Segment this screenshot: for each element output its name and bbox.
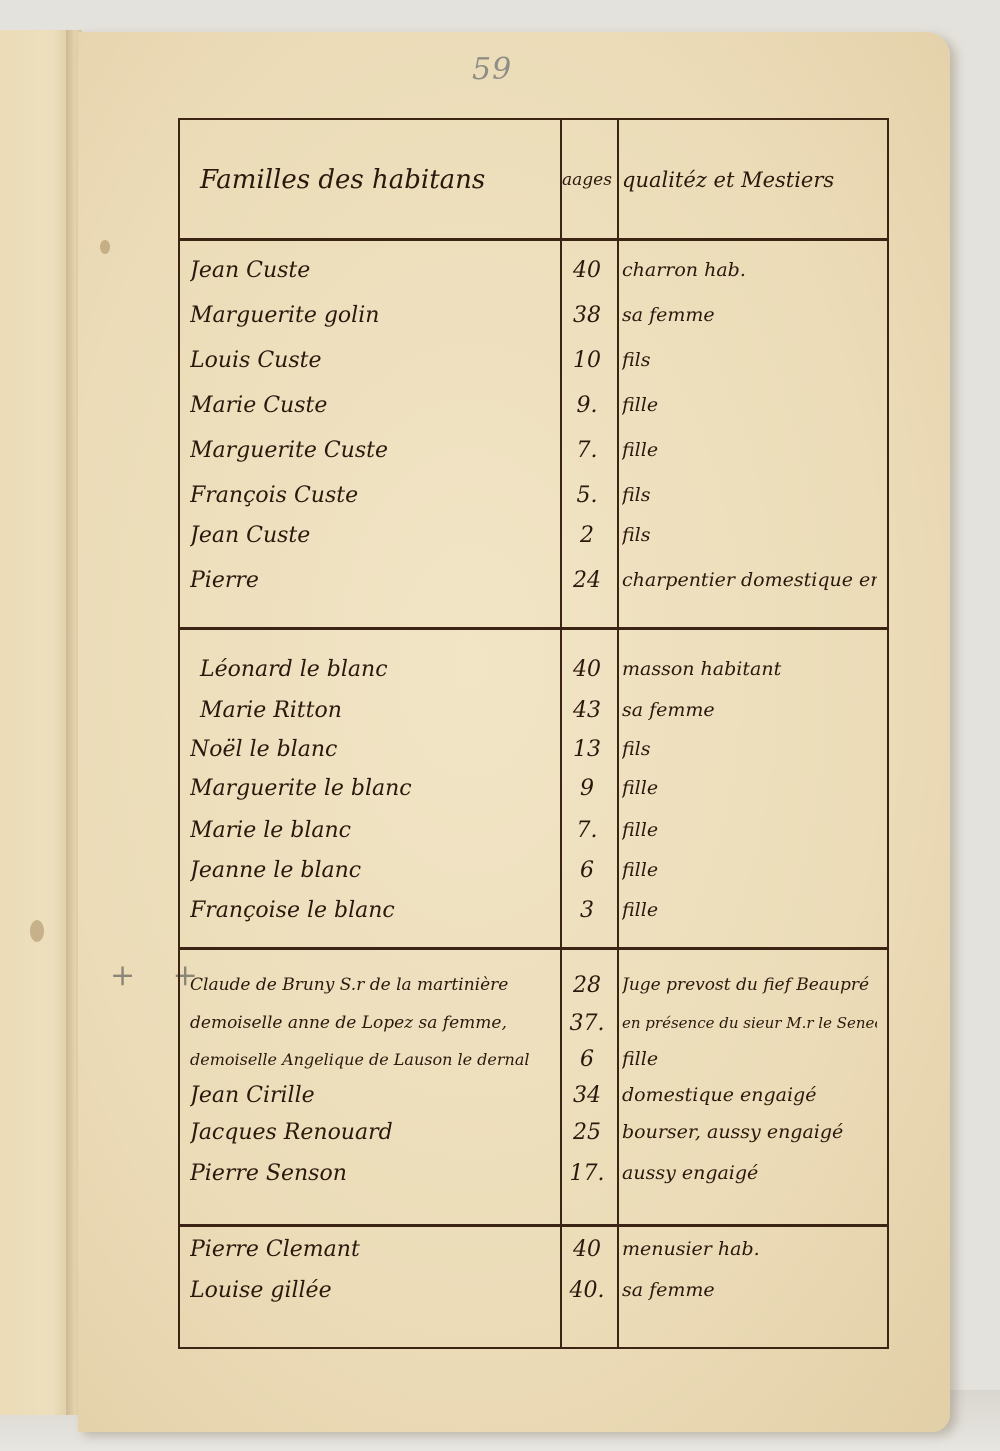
person-name: Marie Custe	[190, 393, 545, 418]
table-row: Louis Custe10fils	[190, 342, 880, 378]
person-age: 7.	[562, 438, 612, 463]
table-row: Noël le blanc13fils	[190, 731, 880, 767]
person-age: 37.	[562, 1011, 612, 1036]
person-quality: en présence du sieur M.r le Senechal	[622, 1014, 877, 1032]
person-age: 9	[562, 776, 612, 801]
person-name: Louise gillée	[190, 1278, 545, 1303]
person-age: 10	[562, 348, 612, 373]
table-row: Pierre Senson17.aussy engaigé	[190, 1155, 880, 1191]
person-quality: domestique engaigé	[622, 1084, 877, 1106]
person-name: Marguerite golin	[190, 303, 545, 328]
person-name: Pierre Senson	[190, 1161, 545, 1186]
ink-stain	[30, 920, 44, 942]
table-row: Marguerite Custe7.fille	[190, 432, 880, 468]
person-age: 25	[562, 1120, 612, 1145]
table-row: demoiselle anne de Lopez sa femme,37.en …	[190, 1005, 880, 1041]
person-age: 3	[562, 898, 612, 923]
person-quality: Juge prevost du fief Beaupré	[622, 975, 877, 995]
table-row: Jean Custe40charron hab.	[190, 252, 880, 288]
person-name: Marie Ritton	[190, 698, 555, 723]
table-row: demoiselle Angelique de Lauson le dernal…	[190, 1041, 880, 1077]
person-name: demoiselle anne de Lopez sa femme,	[190, 1013, 545, 1033]
table-row: Marie le blanc7.fille	[190, 812, 880, 848]
table-row: Louise gillée40.sa femme	[190, 1272, 880, 1308]
person-quality: charron hab.	[622, 259, 877, 281]
folio-number: 59	[472, 52, 512, 87]
person-name: Louis Custe	[190, 348, 545, 373]
person-age: 28	[562, 973, 612, 998]
table-row: Pierre Clemant40menusier hab.	[190, 1231, 880, 1267]
person-name: Noël le blanc	[190, 737, 545, 762]
person-quality: fille	[622, 899, 877, 921]
column-header-age: aages	[562, 150, 617, 210]
person-quality: fille	[622, 394, 877, 416]
person-age: 6	[562, 858, 612, 883]
person-age: 2	[562, 523, 612, 548]
person-quality: menusier hab.	[622, 1238, 877, 1260]
person-quality: fille	[622, 439, 877, 461]
table-row: Marguerite le blanc9fille	[190, 770, 880, 806]
person-quality: fille	[622, 859, 877, 881]
person-quality: masson habitant	[622, 658, 877, 680]
person-quality: sa femme	[622, 699, 877, 721]
table-row: Jean Custe2fils	[190, 517, 880, 553]
person-age: 5.	[562, 483, 612, 508]
family-divider-1	[178, 627, 889, 630]
person-age: 6	[562, 1047, 612, 1072]
table-row: Marguerite golin38sa femme	[190, 297, 880, 333]
table-row: Jeanne le blanc6fille	[190, 852, 880, 888]
person-age: 40	[562, 657, 612, 682]
table-row: Marie Custe9.fille	[190, 387, 880, 423]
person-age: 7.	[562, 818, 612, 843]
person-quality: charpentier domestique engaigé	[622, 569, 877, 591]
table-row: Léonard le blanc40masson habitant	[190, 651, 880, 687]
person-age: 9.	[562, 393, 612, 418]
person-age: 40	[562, 258, 612, 283]
person-quality: fils	[622, 349, 877, 371]
person-name: Marguerite Custe	[190, 438, 545, 463]
person-quality: sa femme	[622, 304, 877, 326]
person-quality: fils	[622, 484, 877, 506]
person-name: Pierre	[190, 568, 545, 593]
facing-page-edge	[0, 30, 75, 1415]
column-header-quality: qualitéz et Mestiers	[622, 150, 884, 210]
person-quality: sa femme	[622, 1279, 877, 1301]
table-row: Françoise le blanc3fille	[190, 892, 880, 928]
person-name: Jean Custe	[190, 258, 545, 283]
ink-stain	[100, 240, 110, 254]
person-quality: fille	[622, 1048, 877, 1070]
person-age: 43	[562, 698, 612, 723]
person-quality: fils	[622, 738, 877, 760]
person-age: 40.	[562, 1278, 612, 1303]
table-row: Pierre24charpentier domestique engaigé	[190, 562, 880, 598]
person-quality: fille	[622, 777, 877, 799]
column-header-name: Familles des habitans	[200, 150, 550, 210]
person-name: Jeanne le blanc	[190, 858, 545, 883]
person-quality: aussy engaigé	[622, 1162, 877, 1184]
person-age: 40	[562, 1237, 612, 1262]
header-quality-label: qualitéz et Mestiers	[622, 168, 834, 192]
person-name: Léonard le blanc	[190, 657, 555, 682]
person-quality: fils	[622, 524, 877, 546]
person-name: Claude de Bruny S.r de la martinière	[190, 975, 545, 995]
person-age: 34	[562, 1083, 612, 1108]
person-name: Françoise le blanc	[190, 898, 545, 923]
person-quality: bourser, aussy engaigé	[622, 1121, 877, 1143]
person-age: 24	[562, 568, 612, 593]
table-row: Marie Ritton43sa femme	[190, 692, 880, 728]
person-name: Jacques Renouard	[190, 1120, 545, 1145]
person-name: demoiselle Angelique de Lauson le dernal	[190, 1050, 545, 1069]
person-age: 38	[562, 303, 612, 328]
person-quality: fille	[622, 819, 877, 841]
person-name: Marguerite le blanc	[190, 776, 545, 801]
table-row: Jacques Renouard25bourser, aussy engaigé	[190, 1114, 880, 1150]
header-age-label: aages	[562, 170, 612, 190]
person-name: Jean Cirille	[190, 1083, 545, 1108]
person-name: François Custe	[190, 483, 545, 508]
person-age: 17.	[562, 1161, 612, 1186]
person-age: 13	[562, 737, 612, 762]
header-divider	[178, 238, 889, 241]
person-name: Marie le blanc	[190, 818, 545, 843]
table-row: François Custe5.fils	[190, 477, 880, 513]
header-name-label: Familles des habitans	[200, 165, 485, 195]
person-name: Pierre Clemant	[190, 1237, 545, 1262]
table-row: Jean Cirille34domestique engaigé	[190, 1077, 880, 1113]
person-name: Jean Custe	[190, 523, 545, 548]
table-row: Claude de Bruny S.r de la martinière28Ju…	[190, 967, 880, 1003]
family-divider-3	[178, 1224, 889, 1227]
family-divider-2	[178, 947, 889, 950]
